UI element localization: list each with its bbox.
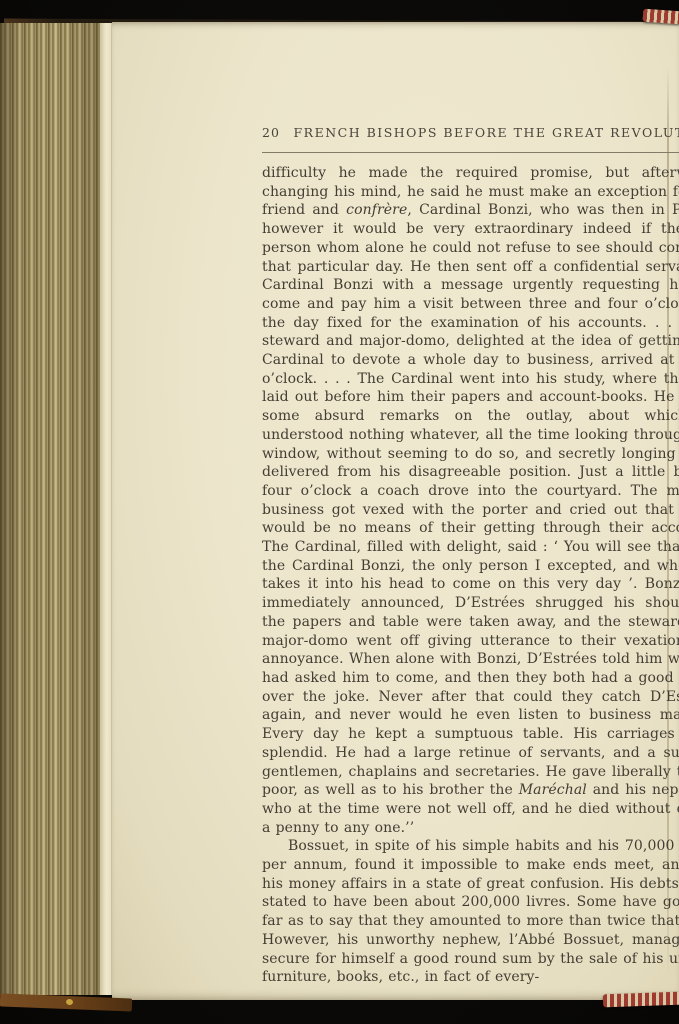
text-block: 20 FRENCH BISHOPS BEFORE THE GREAT REVOL…	[262, 125, 679, 987]
header-rule	[262, 152, 679, 153]
photo-background: 20 FRENCH BISHOPS BEFORE THE GREAT REVOL…	[0, 0, 679, 1024]
book-page: 20 FRENCH BISHOPS BEFORE THE GREAT REVOL…	[112, 22, 679, 1000]
body-text: difficulty he made the required promise,…	[262, 164, 679, 987]
page-number: 20	[262, 125, 294, 140]
paragraph-1: difficulty he made the required promise,…	[262, 164, 679, 837]
paragraph-2: Bossuet, in spite of his simple habits a…	[262, 837, 679, 987]
book-fore-edge-page-stack	[0, 23, 104, 995]
running-title: FRENCH BISHOPS BEFORE THE GREAT REVOLUTI…	[294, 125, 679, 140]
book: 20 FRENCH BISHOPS BEFORE THE GREAT REVOL…	[0, 20, 679, 1002]
running-header: 20 FRENCH BISHOPS BEFORE THE GREAT REVOL…	[262, 125, 679, 140]
headband-top	[643, 9, 679, 25]
headband-bottom	[603, 992, 679, 1008]
